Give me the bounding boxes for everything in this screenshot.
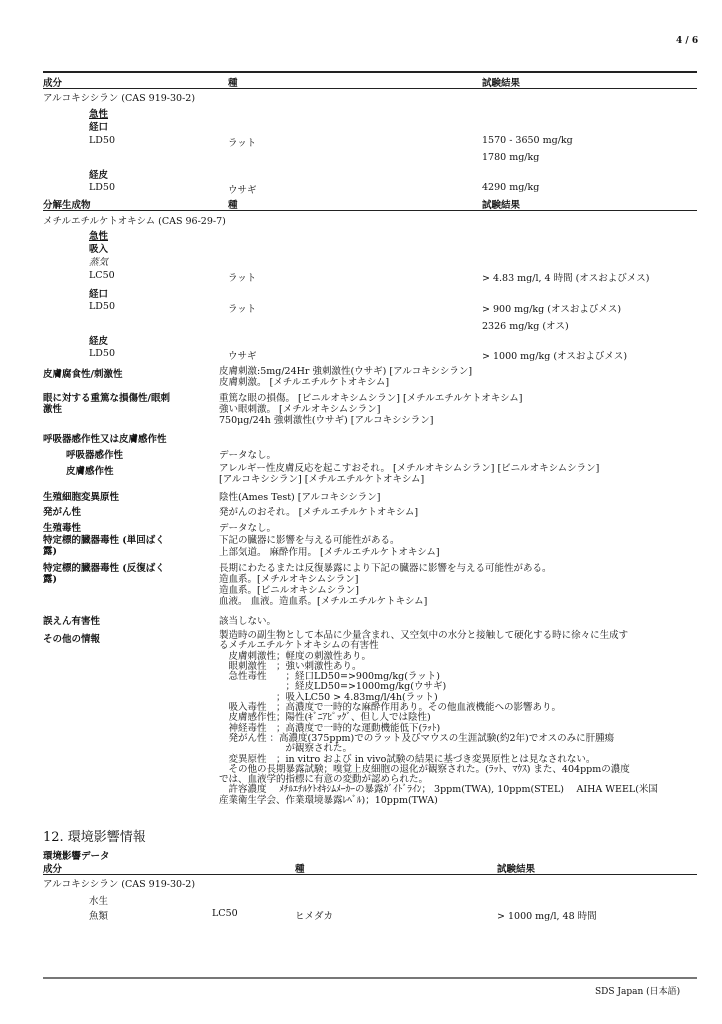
stot-repeated-label: 特定標的臓器毒性 (反復ばく 露) [43,563,165,585]
acute-label: 急性 [89,228,108,242]
col-header-component: 分解生成物 [43,197,91,211]
resp-sens-text: データなし。 [219,447,276,461]
substance-name: アルコキシシラン (CAS 919-30-2) [43,876,195,890]
page-number: 4 / 6 [676,36,698,46]
result: > 1000 mg/kg (オスおよびメス) [482,348,627,362]
dermal-label: 経皮 [89,167,108,181]
mutagenicity-label: 生殖細胞変異原性 [43,489,119,503]
col-header-species: 種 [295,861,305,875]
stot-repeated-text: 長期にわたるまたは反復暴露により下記の臓器に影響を与える可能性がある。 造血系。… [219,563,552,607]
vapor-label: 蒸気 [89,254,108,268]
header-rule [43,88,697,89]
dermal-label: 経皮 [89,333,108,347]
stot-single-label: 特定標的臓器毒性 (単回ばく 露) [43,535,165,557]
col-header-component: 成分 [43,861,62,875]
result: 1780 mg/kg [482,152,539,163]
result: 1570 - 3650 mg/kg [482,135,573,146]
skin-corrosion-text: 皮膚刺激:5mg/24Hr 強刺激性(ウサギ) [アルコキシシラン] 皮膚刺激。… [219,366,472,388]
stot-single-text: 下記の臓器に影響を与える可能性がある。 上部気道。 麻酔作用。 [メチルエチルケ… [219,535,440,559]
species: ヒメダカ [295,908,333,922]
result: 2326 mg/kg (オス) [482,318,569,332]
aspiration-label: 誤えん有害性 [43,613,100,627]
test-type: LD50 [89,301,115,312]
skin-sens-text: アレルギー性皮膚反応を起こすおそれ。 [メチルオキシムシラン] [ビニルオキシム… [219,463,599,485]
substance-name: メチルエチルケトオキシム (CAS 96-29-7) [43,213,226,227]
skin-corrosion-label: 皮膚腐食性/刺激性 [43,366,122,380]
test-type: LC50 [89,270,115,281]
acute-label: 急性 [89,106,108,120]
col-header-component: 成分 [43,75,62,89]
result: > 1000 mg/l, 48 時間 [497,908,597,922]
section-12-subtitle: 環境影響データ [43,848,110,862]
result: > 4.83 mg/l, 4 時間 (オスおよびメス) [482,270,649,284]
species: ウサギ [228,348,257,362]
substance-name: アルコキシシラン (CAS 919-30-2) [43,90,195,104]
species: ラット [228,301,256,315]
col-header-species: 種 [228,197,238,211]
resp-sens-label: 呼吸器感作性 [66,447,123,461]
table-top-rule [43,71,697,73]
reproductive-label: 生殖毒性 [43,520,81,534]
section-12-title: 12. 環境影響情報 [43,826,146,845]
oral-label: 経口 [89,286,108,300]
oral-label: 経口 [89,119,108,133]
eye-damage-label: 眼に対する重篤な損傷性/眼刺 激性 [43,393,170,415]
aquatic-label: 水生 [89,893,108,907]
species: ウサギ [228,182,257,196]
footer-label: SDS Japan (日本語) [595,984,680,997]
header-rule [43,874,697,875]
species: ラット [228,270,256,284]
result: > 900 mg/kg (オスおよびメス) [482,301,621,315]
carcinogenicity-text: 発がんのおそれ。 [メチルエチルケトオキシム] [219,504,418,518]
carcinogenicity-label: 発がん性 [43,504,81,518]
other-info-label: その他の情報 [43,631,100,645]
test-type: LC50 [212,908,238,919]
skin-sens-label: 皮膚感作性 [66,463,114,477]
aspiration-text: 該当しない。 [219,613,276,627]
inhalation-label: 吸入 [89,241,108,255]
col-header-result: 試験結果 [497,861,535,875]
test-type: LD50 [89,348,115,359]
col-header-result: 試験結果 [482,197,520,211]
sensitization-label: 呼吸器感作性又は皮膚感作性 [43,431,167,445]
fish-label: 魚類 [89,908,108,922]
test-type: LD50 [89,182,115,193]
col-header-species: 種 [228,75,238,89]
mutagenicity-text: 陰性(Ames Test) [アルコキシシラン] [219,489,380,503]
species: ラット [228,135,256,149]
result: 4290 mg/kg [482,182,539,193]
test-type: LD50 [89,135,115,146]
reproductive-text: データなし。 [219,520,276,534]
col-header-result: 試験結果 [482,75,520,89]
eye-damage-text: 重篤な眼の損傷。 [ビニルオキシムシラン] [メチルエチルケトオキシム] 強い眼… [219,393,523,426]
other-info-text: 製造時の副生物として本品に少量含まれ、又空気中の水分と接触して硬化する時に徐々に… [219,631,658,806]
header-rule [43,210,697,211]
footer-rule [43,977,697,979]
